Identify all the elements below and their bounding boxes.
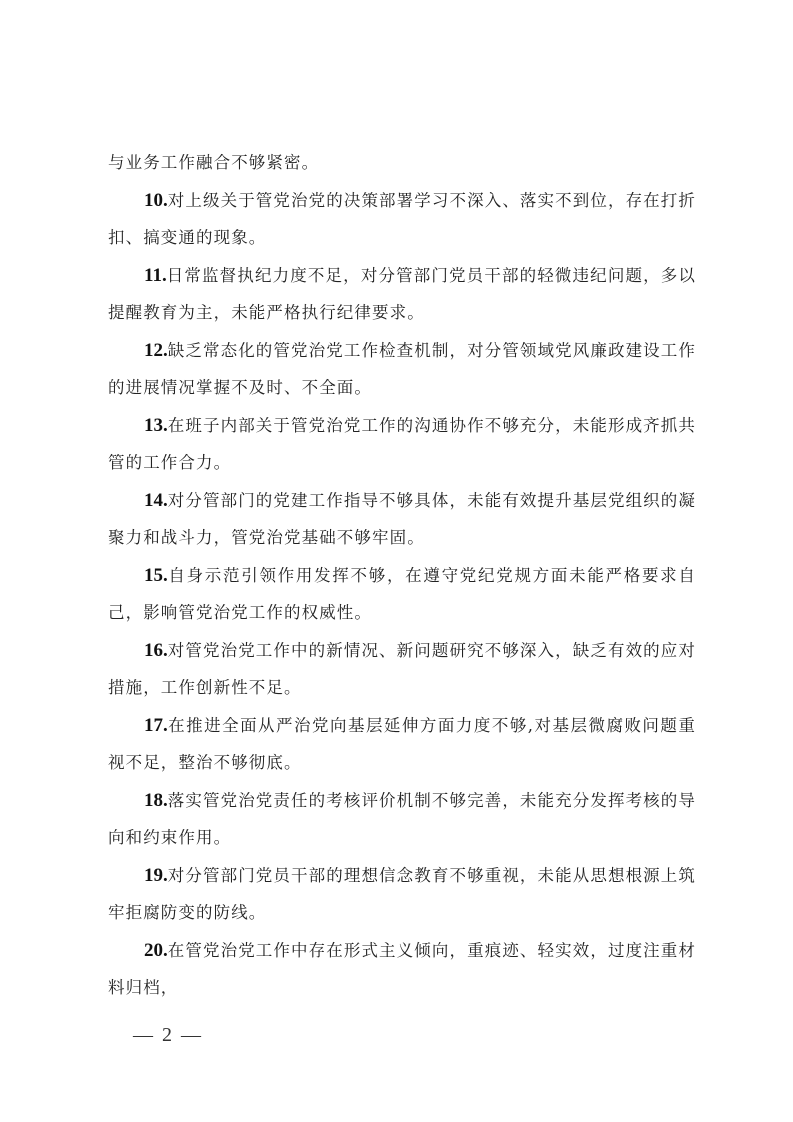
- item-number: 14.: [144, 490, 168, 511]
- page-number: — 2 —: [133, 1024, 203, 1047]
- item-number: 18.: [144, 790, 168, 811]
- document-page: 与业务工作融合不够紧密。 10.对上级关于管党治党的决策部署学习不深入、落实不到…: [0, 0, 793, 1122]
- item-number: 12.: [144, 340, 168, 361]
- list-item: 19.对分管部门党员干部的理想信念教育不够重视，未能从思想根源上筑牢拒腐防变的防…: [108, 857, 696, 932]
- list-item: 17.在推进全面从严治党向基层延伸方面力度不够,对基层微腐败问题重视不足，整治不…: [108, 707, 696, 782]
- list-item: 12.缺乏常态化的管党治党工作检查机制，对分管领域党风廉政建设工作的进展情况掌握…: [108, 332, 696, 407]
- item-number: 20.: [144, 940, 168, 961]
- list-item: 20.在管党治党工作中存在形式主义倾向，重痕迹、轻实效，过度注重材料归档，: [108, 932, 696, 1007]
- item-number: 13.: [144, 415, 168, 436]
- item-text: 对分管部门党员干部的理想信念教育不够重视，未能从思想根源上筑牢拒腐防变的防线。: [108, 866, 696, 923]
- list-item: 11.日常监督执纪力度不足，对分管部门党员干部的轻微违纪问题，多以提醒教育为主，…: [108, 257, 696, 332]
- list-item: 10.对上级关于管党治党的决策部署学习不深入、落实不到位，存在打折扣、搞变通的现…: [108, 182, 696, 257]
- list-item: 18.落实管党治党责任的考核评价机制不够完善，未能充分发挥考核的导向和约束作用。: [108, 782, 696, 857]
- item-text: 对上级关于管党治党的决策部署学习不深入、落实不到位，存在打折扣、搞变通的现象。: [108, 191, 696, 248]
- list-item: 16.对管党治党工作中的新情况、新问题研究不够深入，缺乏有效的应对措施，工作创新…: [108, 632, 696, 707]
- item-number: 10.: [144, 190, 168, 211]
- continuation-paragraph: 与业务工作融合不够紧密。: [108, 144, 696, 182]
- item-text: 在班子内部关于管党治党工作的沟通协作不够充分，未能形成齐抓共管的工作合力。: [108, 416, 696, 473]
- document-body: 与业务工作融合不够紧密。 10.对上级关于管党治党的决策部署学习不深入、落实不到…: [108, 144, 696, 1007]
- list-item: 14.对分管部门的党建工作指导不够具体，未能有效提升基层党组织的凝聚力和战斗力，…: [108, 482, 696, 557]
- item-number: 16.: [144, 640, 168, 661]
- item-text: 在推进全面从严治党向基层延伸方面力度不够,对基层微腐败问题重视不足，整治不够彻底…: [108, 716, 696, 773]
- list-item: 13.在班子内部关于管党治党工作的沟通协作不够充分，未能形成齐抓共管的工作合力。: [108, 407, 696, 482]
- item-number: 11.: [144, 265, 167, 286]
- item-text: 落实管党治党责任的考核评价机制不够完善，未能充分发挥考核的导向和约束作用。: [108, 791, 696, 848]
- item-number: 19.: [144, 865, 168, 886]
- item-number: 15.: [144, 565, 168, 586]
- list-item: 15.自身示范引领作用发挥不够，在遵守党纪党规方面未能严格要求自己，影响管党治党…: [108, 557, 696, 632]
- item-text: 自身示范引领作用发挥不够，在遵守党纪党规方面未能严格要求自己，影响管党治党工作的…: [108, 566, 696, 623]
- item-text: 在管党治党工作中存在形式主义倾向，重痕迹、轻实效，过度注重材料归档，: [108, 941, 696, 998]
- item-text: 日常监督执纪力度不足，对分管部门党员干部的轻微违纪问题，多以提醒教育为主，未能严…: [108, 266, 696, 323]
- item-number: 17.: [144, 715, 168, 736]
- item-text: 缺乏常态化的管党治党工作检查机制，对分管领域党风廉政建设工作的进展情况掌握不及时…: [108, 341, 696, 398]
- item-text: 对分管部门的党建工作指导不够具体，未能有效提升基层党组织的凝聚力和战斗力，管党治…: [108, 491, 696, 548]
- item-text: 对管党治党工作中的新情况、新问题研究不够深入，缺乏有效的应对措施，工作创新性不足…: [108, 641, 696, 698]
